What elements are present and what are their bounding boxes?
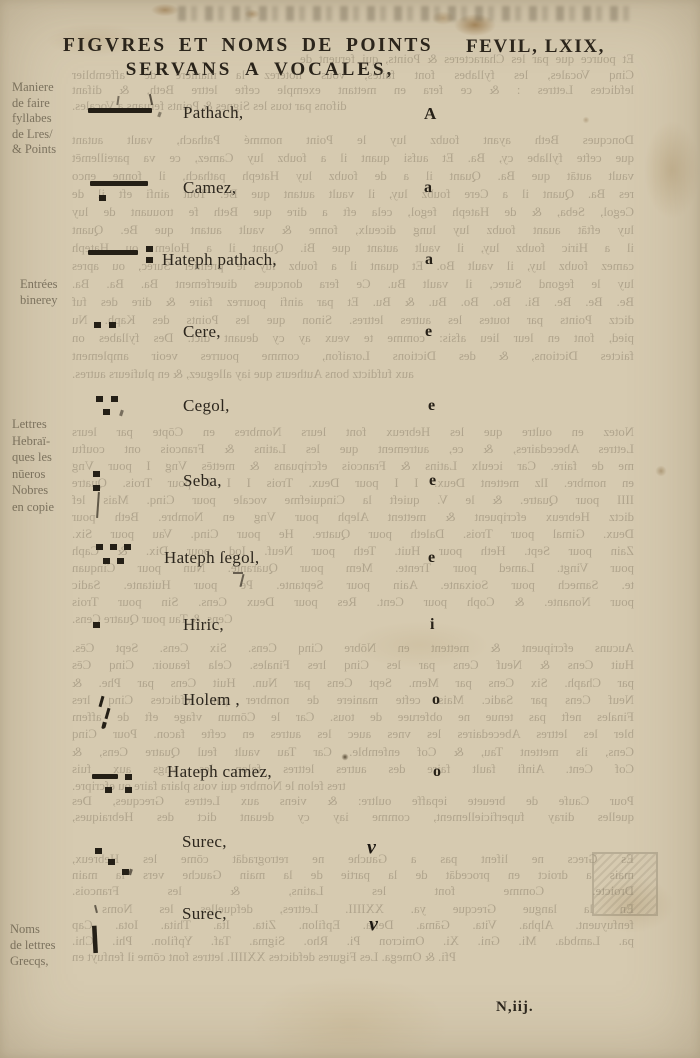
bleedthrough-line: lefdictes Lettres : & ce fera en mettant… — [72, 83, 634, 99]
bleedthrough-line: par Chaph. Six Cens par Mem. Sept Cens p… — [72, 675, 634, 692]
margin-note-line: Entrées — [20, 277, 57, 293]
point-name: Hateph camez, — [167, 762, 272, 782]
vowel-letter: A — [424, 104, 436, 124]
bleedthrough-block: Notez en oultre que les Hebreux font leu… — [72, 424, 634, 628]
hateph-pathach-line-sheva-symbol — [88, 246, 163, 292]
point-name: Holem , — [183, 690, 240, 710]
hateph-segol-five-dots-mark — [117, 558, 124, 564]
margin-note: Entréesbinerey — [20, 277, 57, 308]
vowel-letter: e — [425, 323, 432, 341]
vowel-letter: e — [428, 397, 435, 415]
margin-note-line: ques les — [12, 449, 54, 466]
point-name: Seba, — [183, 471, 222, 491]
vowel-letter: i — [430, 616, 434, 634]
margin-note-line: & Points — [12, 142, 56, 158]
cere-two-dots-mark — [109, 322, 116, 328]
bleedthrough-line: Cinq Vocales, les fyllabes font faites, … — [72, 68, 634, 84]
shureq-vav-symbol: ו — [88, 910, 163, 956]
point-name: Cegol, — [183, 396, 230, 416]
bleedthrough-line: pour Nonante. & Coph pour Cent. Res pour… — [72, 594, 634, 611]
qibbuts-diagonal-dots-symbol — [88, 843, 163, 889]
point-name: Pathach, — [183, 103, 243, 123]
hateph-camez-line-sheva-symbol — [88, 772, 163, 818]
margin-note-line: Hebraï- — [12, 433, 54, 450]
margin-note-line: fyllabes — [12, 111, 56, 127]
bleedthrough-line: aux fufdictz bons Autheurs que iay alleg… — [72, 365, 634, 383]
hateph-segol-five-dots-mark — [96, 544, 103, 550]
holem-strokes-mark — [99, 696, 105, 707]
margin-note-line: Nobres — [12, 482, 54, 499]
hateph-camez-line-sheva-mark — [125, 787, 132, 793]
margin-note-line: en copie — [12, 499, 54, 516]
point-name: Surec, — [182, 904, 227, 924]
point-name: Hateph ſegol, — [164, 548, 259, 568]
margin-note-line: de faire — [12, 96, 56, 112]
holem-strokes-mark — [101, 722, 107, 730]
margin-note-line: Maniere — [12, 80, 56, 96]
hateph-segol-five-dots-mark — [110, 544, 117, 550]
hateph-camez-line-sheva-mark — [125, 774, 132, 780]
hateph-segol-five-dots-mark — [124, 544, 131, 550]
margin-note-line: de Lres/ — [12, 127, 56, 143]
margin-note: Manierede fairefyllabesde Lres/& Points — [12, 80, 56, 158]
bleedthrough-line: Cens, ils mettent Tau, & Cof enfemble. C… — [72, 744, 634, 761]
vowel-letter: o — [432, 691, 440, 709]
pathach-line-mark — [88, 108, 152, 113]
pathach-line-symbol — [88, 106, 163, 152]
bleedthrough-block: Et pource que par les Characteres & Poin… — [72, 52, 634, 114]
header-bleedthrough-smudge — [178, 6, 630, 21]
vowel-letter: o — [433, 763, 441, 781]
holem-strokes-mark — [105, 708, 111, 719]
point-name: Camez, — [183, 178, 236, 198]
bleedthrough-line: Deux. Gimal pour Trois. Daleth pour Quat… — [72, 526, 634, 543]
hiriq-dot-symbol — [88, 620, 163, 666]
cere-two-dots-mark — [94, 322, 101, 328]
sheva-two-dots-mark — [93, 471, 100, 477]
bleedthrough-line: Lettres Abecedaires, & ce, autrement que… — [72, 441, 634, 458]
segol-three-dots-mark — [96, 396, 103, 402]
hateph-pathach-line-sheva-mark — [146, 246, 153, 252]
signature-mark: N,iij. — [496, 999, 534, 1016]
shureq-vav-mark: ו — [87, 910, 103, 963]
hateph-segol-five-dots-mark — [103, 558, 110, 564]
point-name: Hateph pathach, — [162, 250, 277, 270]
ornament-initial-bleedthrough — [592, 852, 658, 916]
book-page-scan: FIGVRES ET NOMS DE POINTS FEVIL, LXIX, S… — [0, 0, 700, 1058]
camez-line-dot-mark — [90, 181, 148, 186]
cere-two-dots-symbol — [88, 321, 163, 367]
vowel-letter: v — [369, 912, 378, 937]
qibbuts-diagonal-dots-mark — [108, 859, 115, 865]
hiriq-dot-mark — [93, 622, 100, 628]
holem-strokes-symbol — [88, 694, 163, 740]
margin-note-line: de lettres — [10, 937, 55, 953]
camez-line-dot-symbol — [88, 179, 163, 225]
segol-three-dots-mark — [103, 409, 110, 415]
point-name: Cere, — [183, 322, 221, 342]
vowel-letter: v — [367, 835, 376, 860]
vowel-letter: e — [429, 472, 436, 490]
margin-note: LettresHebraï-ques lesnūerosNobresen cop… — [12, 416, 54, 515]
bleedthrough-line: Et pource que par les Characteres & Poin… — [72, 52, 634, 68]
hateph-camez-line-sheva-mark — [92, 774, 118, 779]
camez-line-dot-mark — [99, 195, 106, 201]
vowel-letter: e — [428, 549, 435, 567]
segol-three-dots-symbol — [88, 394, 163, 440]
margin-note: Nomsde lettresGrecqs, — [10, 921, 55, 969]
margin-note-line: Grecqs, — [10, 953, 55, 969]
margin-note-line: binerey — [20, 293, 57, 309]
vowel-letter: a — [424, 179, 432, 197]
hateph-segol-five-dots-symbol — [88, 543, 163, 589]
point-name: Surec, — [182, 832, 227, 852]
hateph-pathach-line-sheva-mark — [146, 257, 153, 263]
margin-note-line: Lettres — [12, 416, 54, 433]
hateph-pathach-line-sheva-mark — [88, 250, 138, 255]
segol-three-dots-mark — [111, 396, 118, 402]
qibbuts-diagonal-dots-mark — [95, 848, 102, 854]
bleedthrough-line: Be. Be. Be. Bi. Bo. Bo. Bu. & Bu. Et par… — [72, 293, 634, 311]
sheva-two-dots-mark — [93, 485, 100, 491]
hateph-camez-line-sheva-mark — [105, 787, 112, 793]
margin-note-line: nūeros — [12, 466, 54, 483]
point-name: Hiric, — [183, 615, 224, 635]
margin-note-line: Noms — [10, 921, 55, 937]
vowel-letter: a — [425, 251, 433, 269]
